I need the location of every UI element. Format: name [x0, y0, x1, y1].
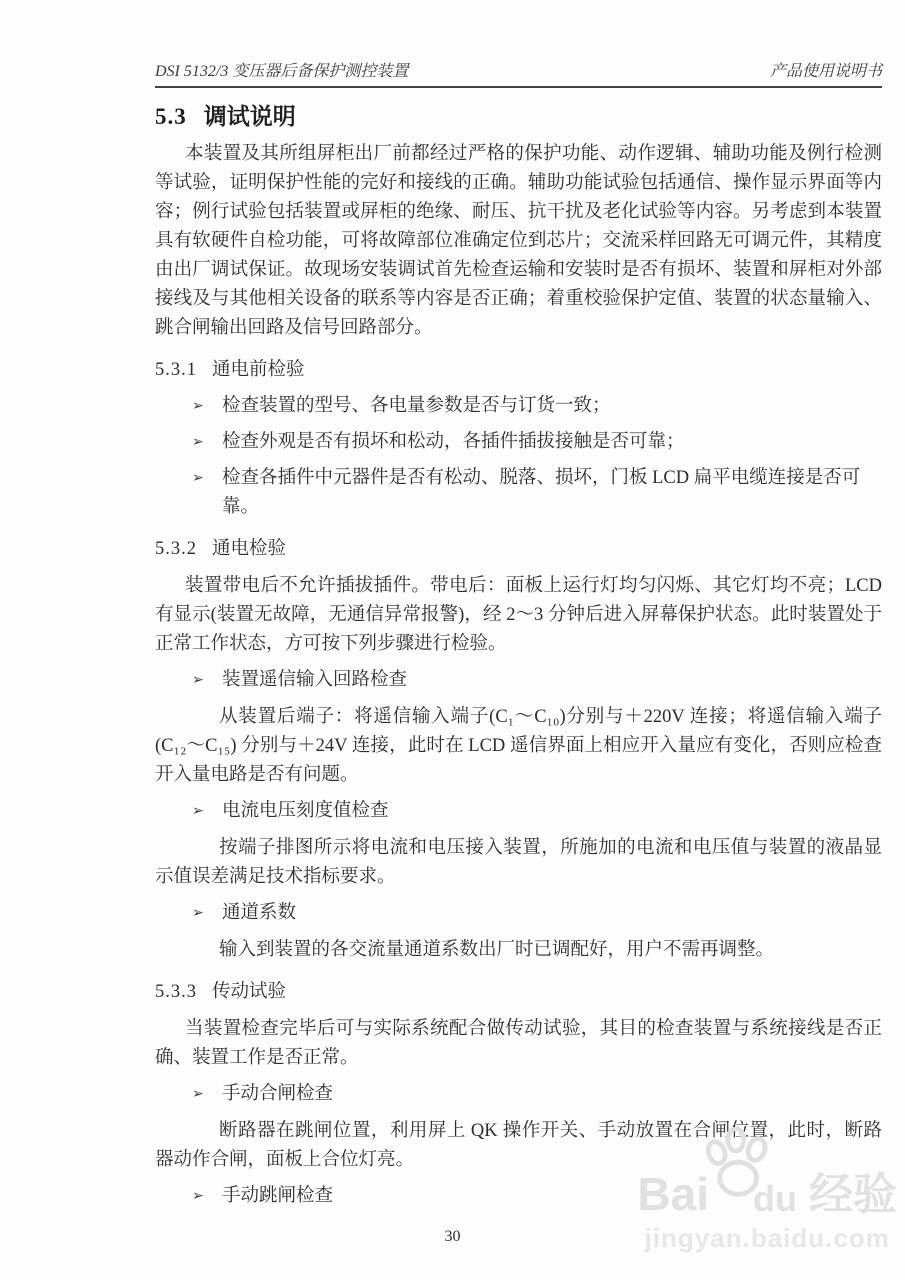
- bullet-text: 检查装置的型号、各电量参数是否与订货一致；: [222, 392, 611, 421]
- header-device-model: DSI 5132/3 变压器后备保护测控装置: [155, 58, 408, 81]
- subsection-5-3-3-heading: 5.3.3传动试验: [155, 978, 882, 1007]
- bullet-item: ➢ 装置遥信输入回路检查: [155, 666, 882, 695]
- subsection-title: 通电检验: [212, 539, 286, 559]
- bullet-arrow-icon: ➢: [192, 392, 222, 421]
- section-number: 5.3: [155, 104, 187, 129]
- subsection-number: 5.3.2: [155, 539, 197, 559]
- bullet-text: 检查各插件中元器件是否有松动、脱落、损坏，门板 LCD 扁平电缆连接是否可靠。: [222, 464, 882, 522]
- bullet-arrow-icon: ➢: [192, 464, 222, 522]
- subsection-5-3-2-heading: 5.3.2通电检验: [155, 535, 882, 564]
- bullet-item: ➢ 电流电压刻度值检查: [155, 797, 882, 826]
- bullet-arrow-icon: ➢: [192, 428, 222, 457]
- header-doc-type: 产品使用说明书: [770, 58, 882, 81]
- bullet-item: ➢ 检查外观是否有损坏和松动，各插件插拔接触是否可靠；: [155, 428, 882, 457]
- paw-icon: [699, 1127, 779, 1199]
- bullet-arrow-icon: ➢: [192, 1080, 222, 1109]
- subsection-number: 5.3.1: [155, 360, 197, 380]
- baidu-logo: Bai du 经验: [637, 1155, 897, 1217]
- bullet-body-paragraph: 从装置后端子：将遥信输入端子(C₁～C₁₀)分别与＋220V 连接；将遥信输入端…: [155, 703, 882, 790]
- page-header: DSI 5132/3 变压器后备保护测控装置 产品使用说明书: [155, 58, 882, 88]
- subsection-paragraph: 当装置检查完毕后可与实际系统配合做传动试验，其目的检查装置与系统接线是否正确、装…: [155, 1015, 882, 1073]
- watermark-brand-text: Bai: [637, 1171, 709, 1217]
- intro-paragraph: 本装置及其所组屏柜出厂前都经过严格的保护功能、动作逻辑、辅助功能及例行检测等试验…: [155, 140, 882, 343]
- page-number: 30: [0, 1228, 905, 1246]
- section-heading: 5.3调试说明: [155, 102, 882, 132]
- subsection-title: 传动试验: [212, 982, 286, 1002]
- bullet-body-paragraph: 输入到装置的各交流量通道系数出厂时已调配好，用户不需再调整。: [155, 936, 882, 965]
- subsection-5-3-1-heading: 5.3.1通电前检验: [155, 356, 882, 385]
- document-page: DSI 5132/3 变压器后备保护测控装置 产品使用说明书 5.3调试说明 本…: [0, 0, 905, 1280]
- bullet-text: 手动合闸检查: [222, 1080, 333, 1109]
- section-title: 调试说明: [204, 104, 296, 129]
- bullet-body-paragraph: 按端子排图所示将电流和电压接入装置，所施加的电流和电压值与装置的液晶显示值误差满…: [155, 834, 882, 892]
- bullet-text: 电流电压刻度值检查: [222, 797, 389, 826]
- watermark-suffix-text: 经验: [809, 1173, 897, 1217]
- bullet-arrow-icon: ➢: [192, 797, 222, 826]
- document-content: DSI 5132/3 变压器后备保护测控装置 产品使用说明书 5.3调试说明 本…: [155, 58, 882, 1211]
- subsection-title: 通电前检验: [212, 360, 305, 380]
- bullet-arrow-icon: ➢: [192, 666, 222, 695]
- bullet-item: ➢ 通道系数: [155, 899, 882, 928]
- bullet-item: ➢ 检查各插件中元器件是否有松动、脱落、损坏，门板 LCD 扁平电缆连接是否可靠…: [155, 464, 882, 522]
- bullet-item: ➢ 检查装置的型号、各电量参数是否与订货一致；: [155, 392, 882, 421]
- bullet-item: ➢ 手动合闸检查: [155, 1080, 882, 1109]
- subsection-number: 5.3.3: [155, 982, 197, 1002]
- bullet-text: 手动跳闸检查: [222, 1182, 333, 1211]
- bullet-arrow-icon: ➢: [192, 899, 222, 928]
- bullet-text: 检查外观是否有损坏和松动，各插件插拔接触是否可靠；: [222, 428, 685, 457]
- bullet-text: 装置遥信输入回路检查: [222, 666, 407, 695]
- subsection-paragraph: 装置带电后不允许插拔插件。带电后：面板上运行灯均匀闪烁、其它灯均不亮；LCD 有…: [155, 572, 882, 659]
- bullet-arrow-icon: ➢: [192, 1182, 222, 1211]
- bullet-text: 通道系数: [222, 899, 296, 928]
